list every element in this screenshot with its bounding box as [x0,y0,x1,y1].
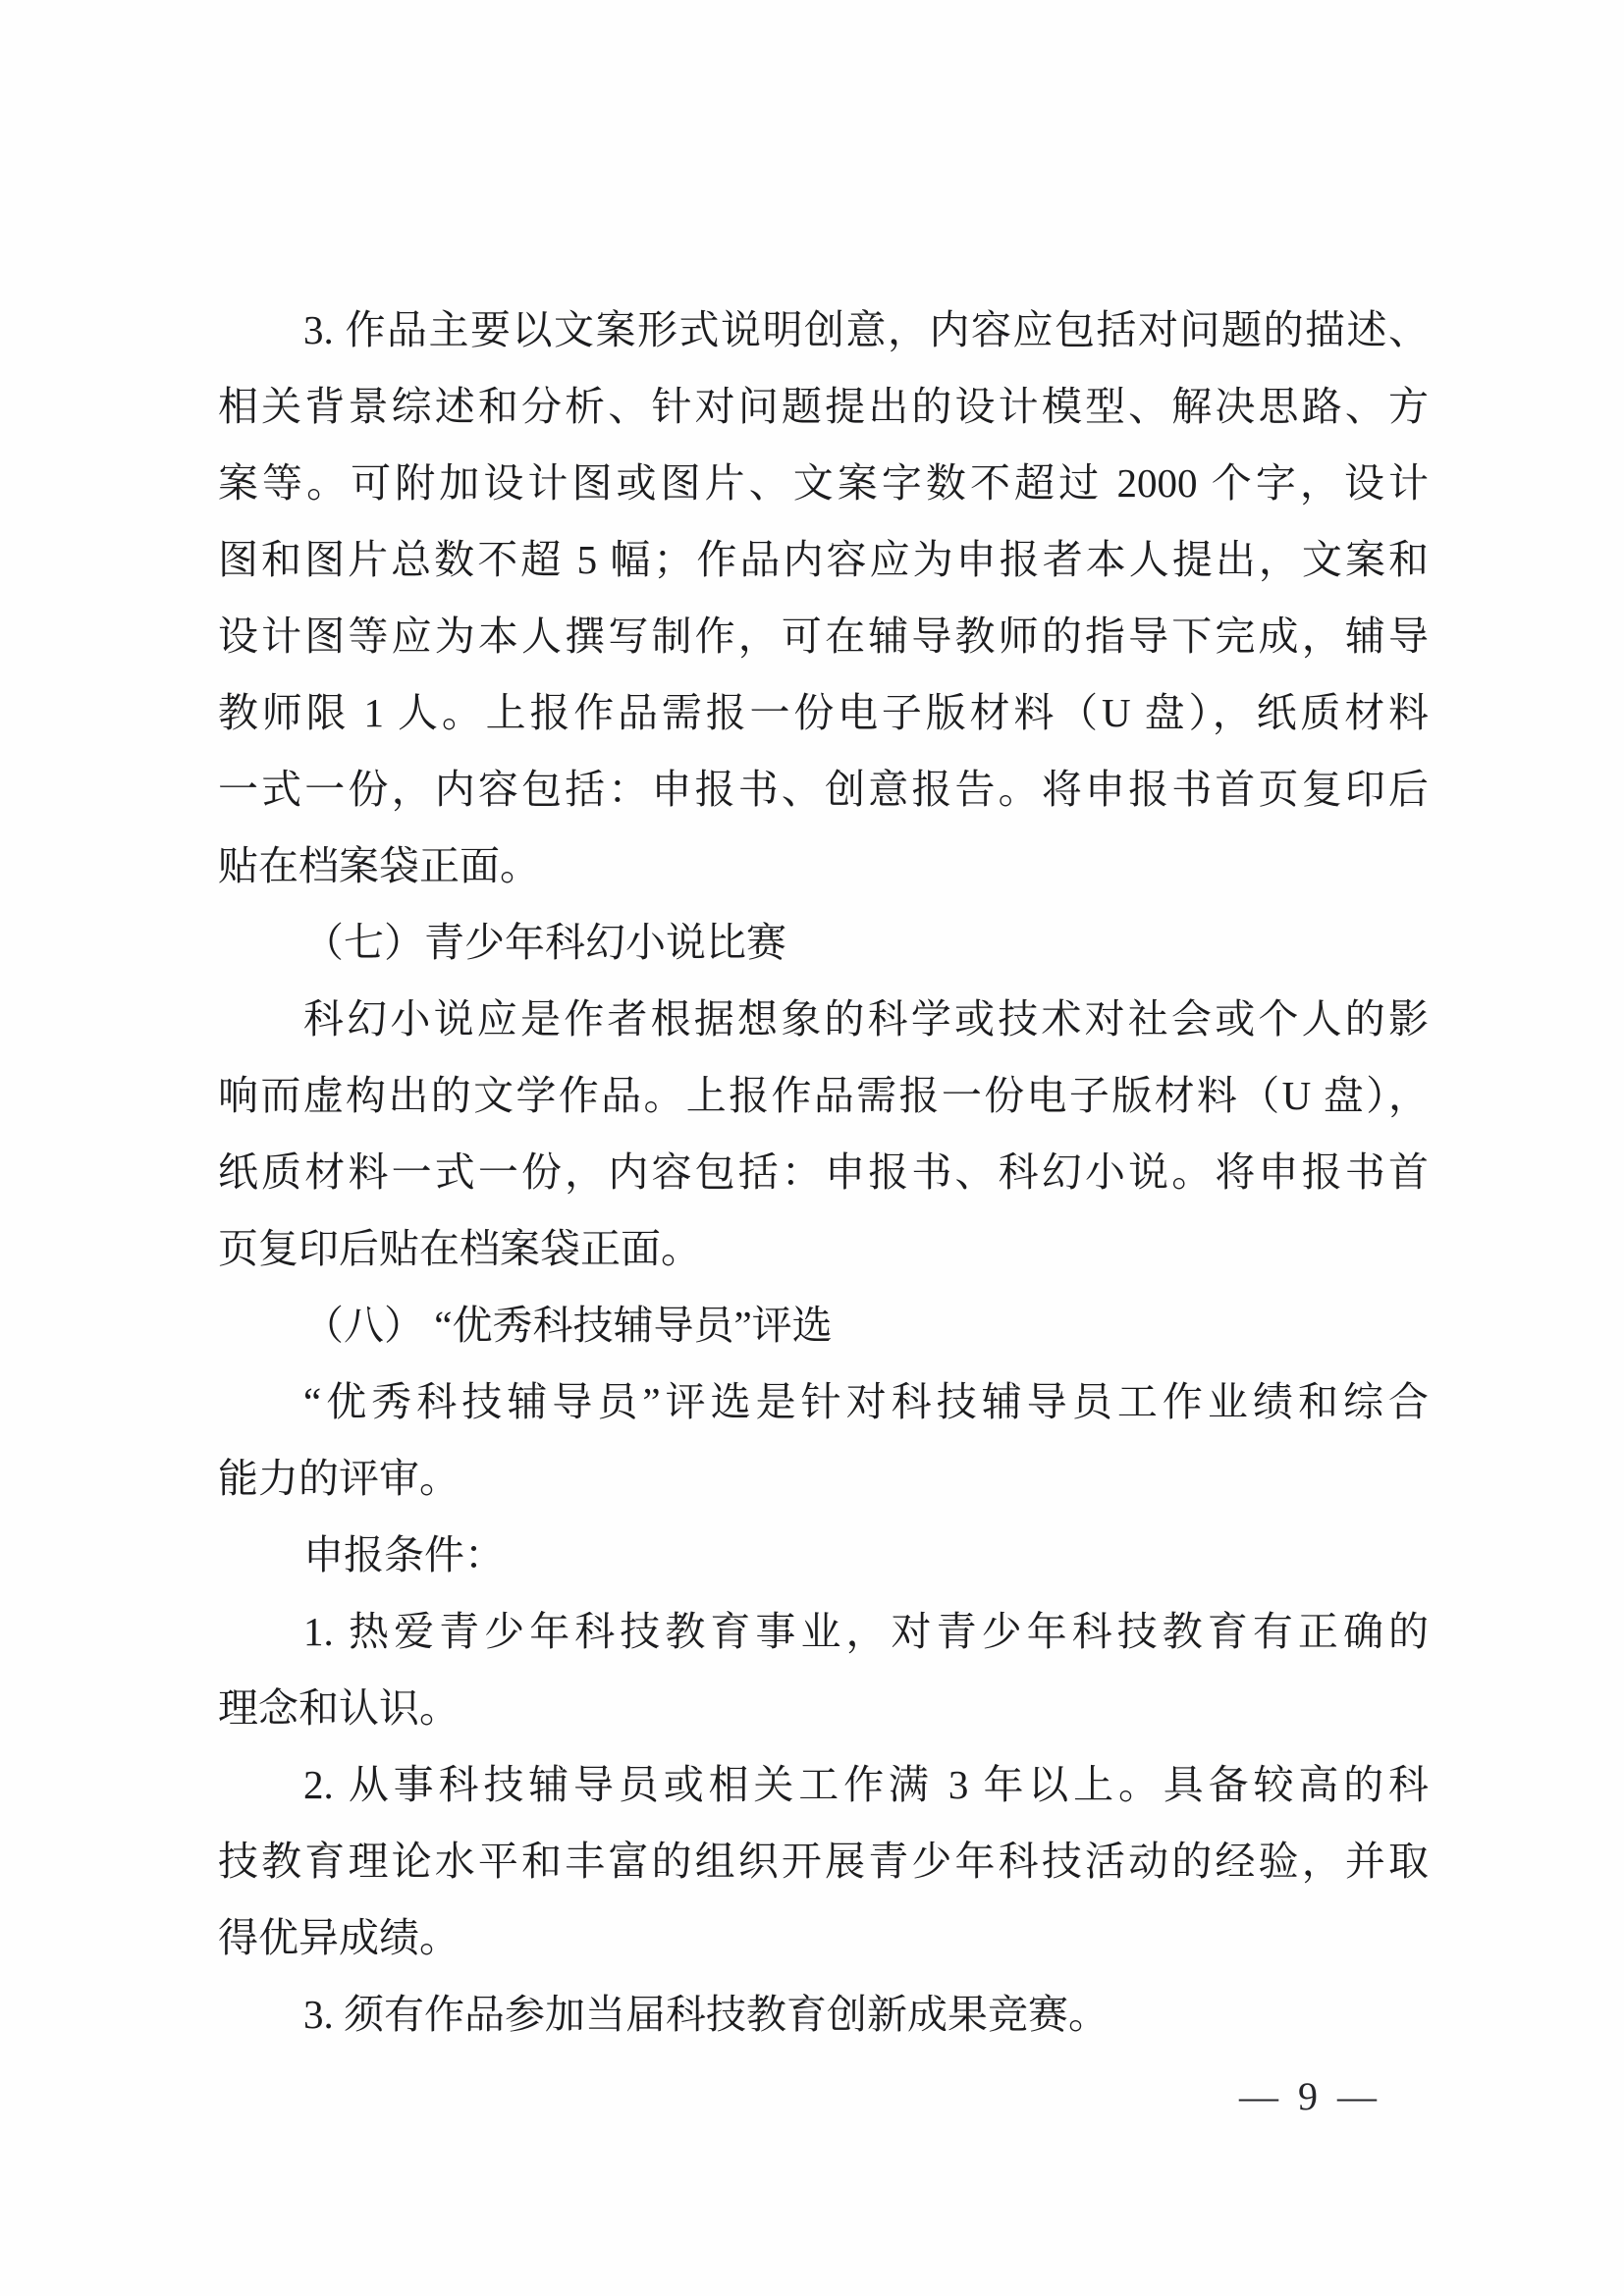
text-line: （七）青少年科幻小说比赛 [218,904,1429,981]
text-line: 纸质材料一式一份，内容包括：申报书、科幻小说。将申报书首 [218,1134,1429,1210]
text-line: 3. 须有作品参加当届科技教育创新成果竞赛。 [218,1976,1429,2053]
text-line: 响而虚构出的文学作品。上报作品需报一份电子版材料（U 盘）， [218,1057,1429,1134]
text-line: 设计图等应为本人撰写制作，可在辅导教师的指导下完成，辅导 [218,598,1429,674]
page-number: — 9 — [1239,2073,1377,2120]
text-line: 科幻小说应是作者根据想象的科学或技术对社会或个人的影 [218,981,1429,1057]
text-line: 理念和认识。 [218,1670,1429,1746]
text-line: 一式一份，内容包括：申报书、创意报告。将申报书首页复印后 [218,751,1429,828]
document-body: 3. 作品主要以文案形式说明创意，内容应包括对问题的描述、相关背景综述和分析、针… [218,292,1429,2053]
text-line: 1. 热爱青少年科技教育事业，对青少年科技教育有正确的 [218,1593,1429,1670]
text-line: 相关背景综述和分析、针对问题提出的设计模型、解决思路、方 [218,368,1429,445]
text-line: 申报条件： [218,1517,1429,1593]
text-line: 能力的评审。 [218,1440,1429,1517]
text-line: 案等。可附加设计图或图片、文案字数不超过 2000 个字，设计 [218,445,1429,521]
text-line: 贴在档案袋正面。 [218,828,1429,904]
text-line: 页复印后贴在档案袋正面。 [218,1210,1429,1287]
text-line: 技教育理论水平和丰富的组织开展青少年科技活动的经验，并取 [218,1823,1429,1899]
text-line: “优秀科技辅导员”评选是针对科技辅导员工作业绩和综合 [218,1363,1429,1440]
text-line: 教师限 1 人。上报作品需报一份电子版材料（U 盘），纸质材料 [218,674,1429,751]
text-line: 得优异成绩。 [218,1899,1429,1976]
text-line: （八） “优秀科技辅导员”评选 [218,1287,1429,1363]
text-line: 图和图片总数不超 5 幅；作品内容应为申报者本人提出，文案和 [218,521,1429,598]
document-page: 3. 作品主要以文案形式说明创意，内容应包括对问题的描述、相关背景综述和分析、针… [0,0,1624,2296]
text-line: 3. 作品主要以文案形式说明创意，内容应包括对问题的描述、 [218,292,1429,368]
text-line: 2. 从事科技辅导员或相关工作满 3 年以上。具备较高的科 [218,1746,1429,1823]
